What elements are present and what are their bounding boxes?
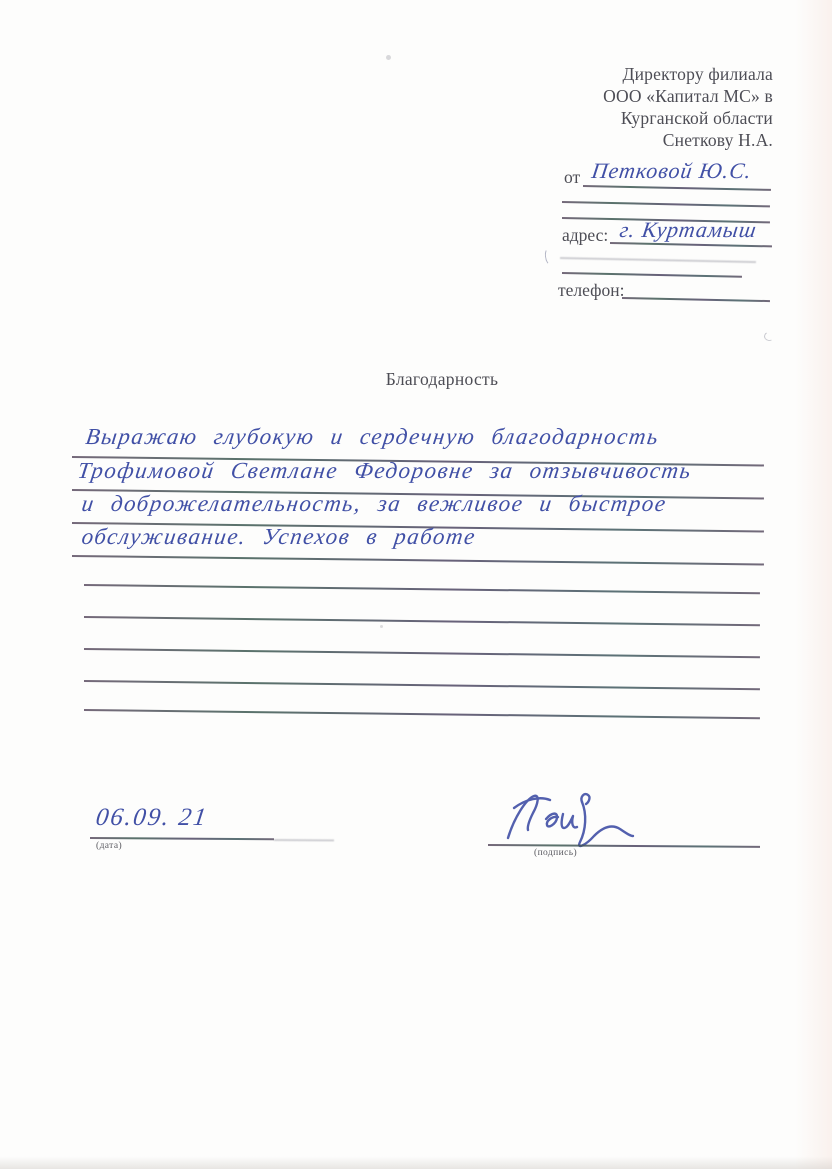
recipient-block: Директору филиала ООО «Капитал МС» в Кур…: [603, 63, 773, 151]
date-line: [90, 837, 274, 840]
recipient-line: ООО «Капитал МС» в: [603, 85, 773, 107]
recipient-line: Снеткову Н.А.: [603, 129, 773, 151]
phone-label: телефон:: [558, 280, 624, 301]
document-title: Благодарность: [386, 369, 499, 390]
ruled-line: [583, 185, 771, 191]
ruled-line: [84, 709, 760, 719]
body-handwritten-line: и доброжелательность, за вежливое и быст…: [80, 491, 669, 517]
ruled-line: [72, 555, 764, 565]
from-label: от: [564, 167, 580, 188]
recipient-line: Директору филиала: [603, 63, 773, 85]
scan-edge-shading: [786, 0, 832, 1169]
ruled-line: [84, 680, 760, 690]
address-value-handwritten: г. Куртамыш: [618, 217, 759, 243]
date-caption: (дата): [96, 841, 122, 851]
body-handwritten-line: Трофимовой Светлане Федоровне за отзывчи…: [76, 458, 694, 484]
recipient-line: Курганской области: [603, 107, 773, 129]
scan-artifact-paren: [544, 247, 555, 265]
scan-speck: [386, 55, 391, 60]
signature-caption: (подпись): [534, 848, 577, 858]
ruled-line: [84, 648, 760, 658]
scanned-letter-page: Директору филиала ООО «Капитал МС» в Кур…: [0, 0, 832, 1169]
date-handwritten: 06.09. 21: [94, 804, 210, 832]
ruled-line: [562, 272, 742, 278]
body-handwritten-line: обслуживание. Успехов в работе: [80, 524, 478, 550]
scan-edge-shading: [0, 1155, 832, 1169]
address-label: адрес:: [562, 225, 608, 246]
from-value-handwritten: Петковой Ю.С.: [590, 158, 754, 184]
scan-smudge: [763, 331, 775, 342]
ruled-line: [84, 584, 760, 594]
ruled-line: [274, 839, 334, 841]
ruled-line: [560, 257, 756, 263]
ruled-line: [84, 616, 760, 626]
body-handwritten-line: Выражаю глубокую и сердечную благодарнос…: [84, 424, 661, 450]
scan-speck: [380, 625, 383, 628]
ruled-line: [562, 201, 770, 207]
ruled-line: [622, 297, 770, 302]
